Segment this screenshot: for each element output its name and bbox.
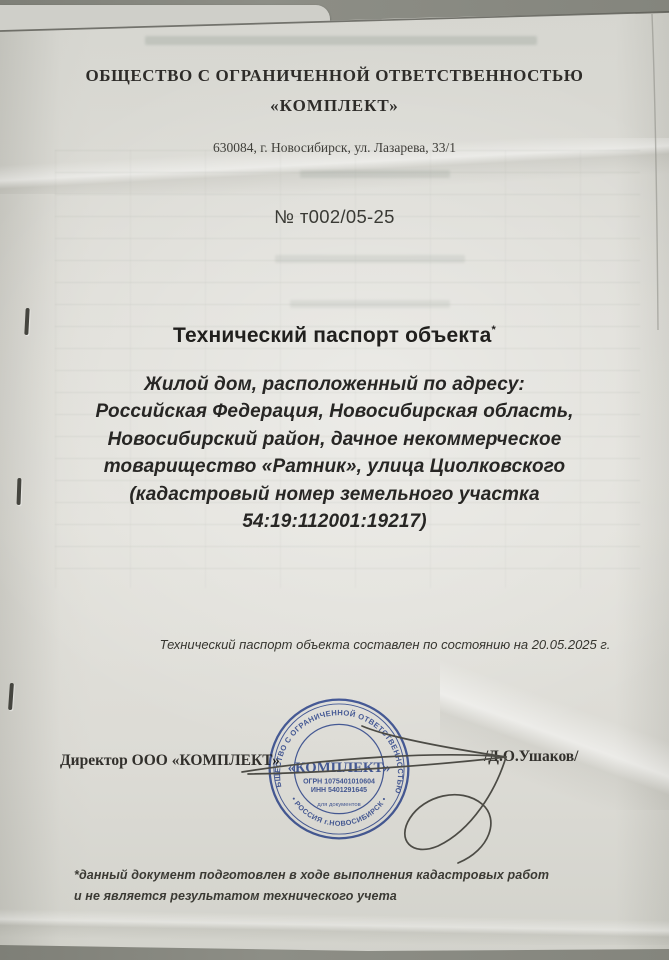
footnote-line: *данный документ подготовлен в ходе выпо… bbox=[74, 865, 549, 886]
document-number: № т002/05-25 bbox=[0, 206, 669, 228]
stamp-ring-bottom-text: • РОССИЯ г.НОВОСИБИРСК • bbox=[289, 795, 388, 828]
stamp-company-name: «КОМПЛЕКТ» bbox=[288, 760, 391, 776]
footnote-line: и не является результатом технического у… bbox=[74, 886, 549, 907]
svg-text:• РОССИЯ г.НОВОСИБИРСК •: • РОССИЯ г.НОВОСИБИРСК • bbox=[289, 795, 388, 828]
org-name-line2: «КОМПЛЕКТ» bbox=[0, 96, 669, 116]
paper-crease bbox=[440, 660, 669, 810]
stamp-purpose-text: для документов bbox=[317, 802, 360, 808]
description-line: Жилой дом, расположенный по адресу: bbox=[0, 371, 669, 398]
director-label: Директор ООО «КОМПЛЕКТ» bbox=[60, 752, 280, 770]
staple-mark bbox=[8, 683, 14, 710]
footnote: *данный документ подготовлен в ходе выпо… bbox=[74, 865, 549, 907]
page-title: Технический паспорт объекта* bbox=[0, 324, 669, 348]
stamp-ogrn: ОГРН 1075401010604 bbox=[303, 778, 375, 785]
document-photo: ОБЩЕСТВО С ОГРАНИЧЕННОЙ ОТВЕТСТВЕННОСТЬЮ… bbox=[0, 0, 669, 960]
page-title-text: Технический паспорт объекта bbox=[173, 324, 492, 347]
title-footnote-mark: * bbox=[492, 324, 496, 336]
as-of-date-line: Технический паспорт объекта составлен по… bbox=[130, 637, 640, 652]
description-line: товарищество «Ратник», улица Циолковског… bbox=[0, 453, 669, 480]
description-line: 54:19:112001:19217) bbox=[0, 508, 669, 535]
paper-page: ОБЩЕСТВО С ОГРАНИЧЕННОЙ ОТВЕТСТВЕННОСТЬЮ… bbox=[0, 0, 669, 960]
object-description: Жилой дом, расположенный по адресу: Росс… bbox=[0, 371, 669, 535]
org-name-line1: ОБЩЕСТВО С ОГРАНИЧЕННОЙ ОТВЕТСТВЕННОСТЬЮ bbox=[0, 66, 669, 86]
bleed-through-text bbox=[290, 300, 450, 308]
description-line: (кадастровый номер земельного участка bbox=[0, 481, 669, 508]
stamp-inn: ИНН 5401291645 bbox=[311, 787, 367, 794]
description-line: Новосибирский район, дачное некоммерческ… bbox=[0, 426, 669, 453]
bleed-through-heading bbox=[145, 36, 537, 45]
company-stamp: ОБЩЕСТВО С ОГРАНИЧЕННОЙ ОТВЕТСТВЕННОСТЬЮ… bbox=[263, 693, 415, 845]
paper-crease bbox=[0, 905, 669, 945]
director-name: /Д.О.Ушаков/ bbox=[484, 748, 578, 766]
description-line: Российская Федерация, Новосибирская обла… bbox=[0, 398, 669, 425]
bleed-through-text bbox=[300, 170, 450, 178]
org-address: 630084, г. Новосибирск, ул. Лазарева, 33… bbox=[0, 140, 669, 156]
bleed-through-text bbox=[275, 255, 465, 263]
